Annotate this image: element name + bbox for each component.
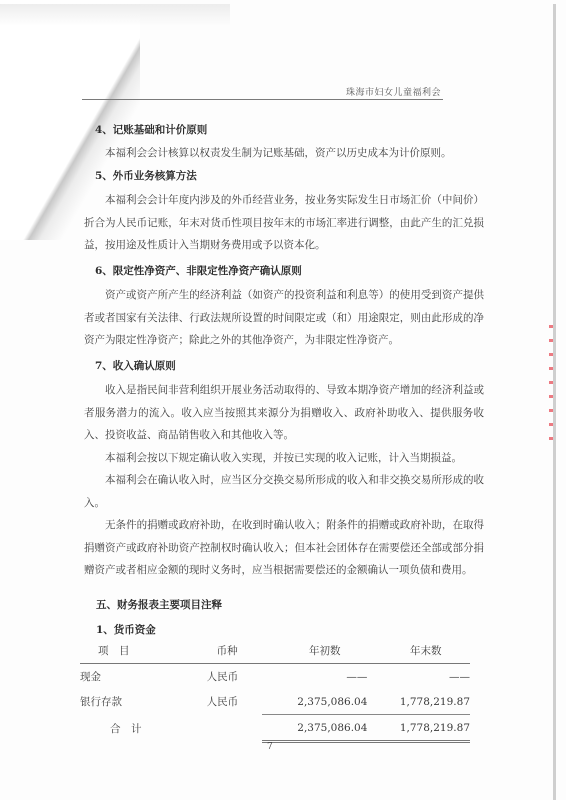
cash-table: 项 目 币种 年初数 年末数 现金 人民币 —— —— 银行存款 人民币 2,3… — [80, 638, 470, 743]
col-header-opening: 年初数 — [262, 638, 367, 664]
cell-currency: 人民币 — [207, 664, 262, 690]
section-7: 7、收入确认原则 — [84, 357, 484, 375]
cell-total-closing: 1,778,219.87 — [367, 715, 470, 742]
section-4-body: 本福利会会计核算以权责发生制为记账基础，资产以历史成本为计价原则。 — [84, 142, 484, 165]
cell-total-label: 合 计 — [80, 715, 207, 742]
col-header-item: 项 目 — [80, 638, 207, 664]
paragraph: 本福利会会计年度内涉及的外币经营业务，按业务实际发生日市场汇价（中间价）折合为人… — [84, 189, 484, 257]
section-6-body: 资产或资产所产生的经济利益（如资产的投资利益和利息等）的使用受到资产提供者或者国… — [84, 284, 484, 352]
paragraph: 本福利会会计核算以权责发生制为记账基础，资产以历史成本为计价原则。 — [84, 142, 484, 165]
section-7-body: 收入是指民间非营利组织开展业务活动取得的、导致本期净资产增加的经济利益或者服务潜… — [84, 379, 484, 582]
cell-item: 银行存款 — [80, 689, 207, 715]
paragraph: 资产或资产所产生的经济利益（如资产的投资利益和利息等）的使用受到资产提供者或者国… — [84, 284, 484, 352]
item-title: 1、货币资金 — [96, 622, 156, 637]
cell-closing: —— — [367, 664, 470, 690]
cell-item: 现金 — [80, 664, 207, 690]
seal-stamp-edge — [549, 325, 553, 445]
page-edge — [553, 4, 556, 800]
section-4: 4、记账基础和计价原则 — [84, 121, 484, 139]
col-header-currency: 币种 — [207, 638, 262, 664]
table-total-row: 合 计 2,375,086.04 1,778,219.87 — [80, 715, 470, 742]
cell-total-opening: 2,375,086.04 — [262, 715, 367, 742]
cell-currency — [207, 715, 262, 742]
section-title: 7、收入确认原则 — [84, 357, 484, 375]
table-row: 现金 人民币 —— —— — [80, 664, 470, 690]
paragraph: 本福利会按以下规定确认收入实现，并按已实现的收入记账，计入当期损益。 — [84, 447, 484, 470]
scan-smudge — [0, 4, 230, 26]
section-5: 5、外币业务核算方法 — [84, 167, 484, 185]
document-page: 珠海市妇女儿童福利会 4、记账基础和计价原则 本福利会会计核算以权责发生制为记账… — [0, 0, 566, 800]
paragraph: 收入是指民间非营利组织开展业务活动取得的、导致本期净资产增加的经济利益或者服务潜… — [84, 379, 484, 447]
cell-opening: —— — [262, 664, 367, 690]
col-header-closing: 年末数 — [367, 638, 470, 664]
chapter-title: 五、财务报表主要项目注释 — [96, 597, 222, 612]
header-organization: 珠海市妇女儿童福利会 — [346, 85, 441, 98]
section-title: 4、记账基础和计价原则 — [84, 121, 484, 139]
table-header-row: 项 目 币种 年初数 年末数 — [80, 638, 470, 664]
cell-opening: 2,375,086.04 — [262, 689, 367, 715]
page-number: 7 — [267, 742, 273, 752]
section-title: 6、限定性净资产、非限定性净资产确认原则 — [84, 262, 484, 280]
section-title: 5、外币业务核算方法 — [84, 167, 484, 185]
paragraph: 无条件的捐赠或政府补助，在收到时确认收入；附条件的捐赠或政府补助，在取得捐赠资产… — [84, 514, 484, 582]
cell-currency: 人民币 — [207, 689, 262, 715]
header-divider — [82, 99, 443, 100]
paragraph: 本福利会在确认收入时，应当区分交换交易所形成的收入和非交换交易所形成的收入。 — [84, 469, 484, 514]
table-row: 银行存款 人民币 2,375,086.04 1,778,219.87 — [80, 689, 470, 715]
cell-closing: 1,778,219.87 — [367, 689, 470, 715]
section-6: 6、限定性净资产、非限定性净资产确认原则 — [84, 262, 484, 280]
section-5-body: 本福利会会计年度内涉及的外币经营业务，按业务实际发生日市场汇价（中间价）折合为人… — [84, 189, 484, 257]
